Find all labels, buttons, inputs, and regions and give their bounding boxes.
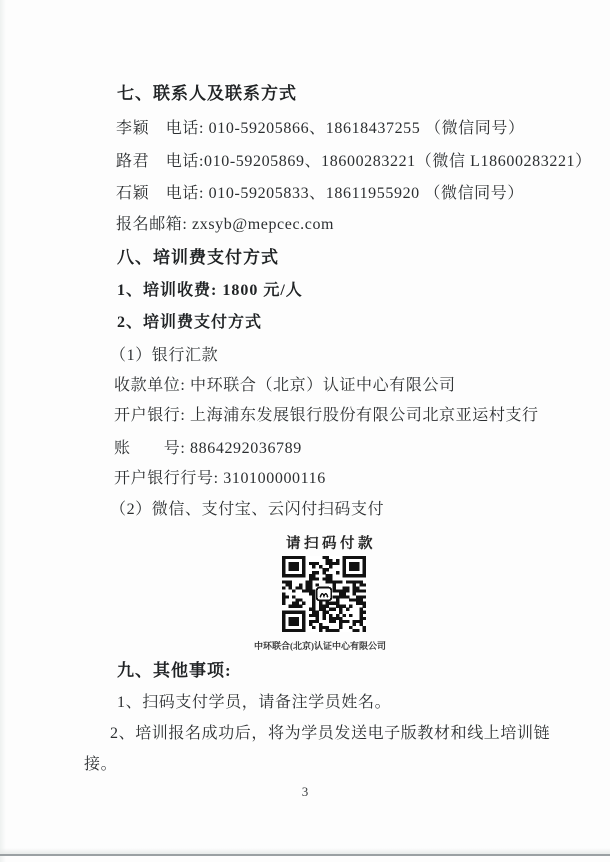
note-line-1: 1、扫码支付学员，请备注学员姓名。 bbox=[117, 693, 391, 713]
payment-method-subheading: 2、培训费支付方式 bbox=[117, 313, 262, 333]
page-number: 3 bbox=[0, 784, 610, 800]
section7-heading: 七、联系人及联系方式 bbox=[117, 84, 297, 104]
payment-qr-code bbox=[282, 556, 366, 632]
section9-heading: 九、其他事项: bbox=[117, 661, 232, 681]
section8-heading: 八、培训费支付方式 bbox=[117, 248, 279, 268]
scan-edge-left bbox=[0, 0, 6, 862]
registration-email-line: 报名邮箱: zxsyb@mepcec.com bbox=[116, 215, 334, 235]
scan-edge-bottom bbox=[0, 854, 610, 856]
scan-pay-label: （2）微信、支付宝、云闪付扫码支付 bbox=[110, 500, 384, 520]
contact-line-lujun: 路君 电话:010-59205869、18600283221（微信 L18600… bbox=[116, 152, 592, 172]
payee-line: 收款单位: 中环联合（北京）认证中心有限公司 bbox=[114, 376, 456, 396]
training-fee-line: 1、培训收费: 1800 元/人 bbox=[117, 281, 303, 301]
note-line-2-wrap: 接。 bbox=[84, 755, 117, 775]
contact-line-shiying: 石颖 电话: 010-59205833、18611955920 （微信同号） bbox=[116, 184, 524, 204]
bank-transfer-label: （1）银行汇款 bbox=[110, 346, 218, 366]
contact-line-liying: 李颖 电话: 010-59205866、18618437255 （微信同号） bbox=[116, 119, 525, 139]
qr-pay-title: 请扫码付款 bbox=[286, 534, 376, 554]
bank-line: 开户银行: 上海浦东发展银行股份有限公司北京亚运村支行 bbox=[114, 406, 539, 426]
scanned-document-page: 七、联系人及联系方式 李颖 电话: 010-59205866、186184372… bbox=[0, 0, 610, 862]
qr-caption: 中环联合(北京)认证中心有限公司 bbox=[245, 636, 395, 656]
bank-code-line: 开户银行行号: 310100000116 bbox=[114, 469, 326, 489]
account-number-line: 账 号: 8864292036789 bbox=[114, 439, 302, 459]
note-line-2: 2、培训报名成功后，将为学员发送电子版教材和线上培训链 bbox=[110, 724, 550, 744]
